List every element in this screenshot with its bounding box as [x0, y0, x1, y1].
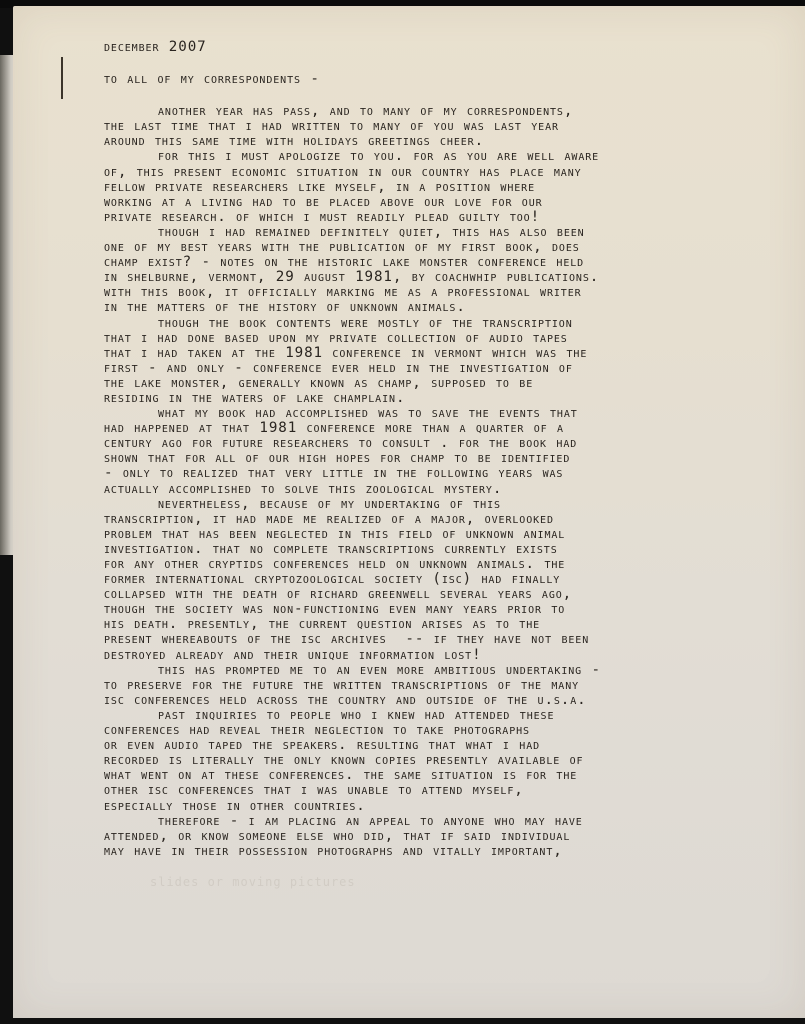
text-line: conferences had reveal their neglection … — [104, 723, 744, 738]
bleed-through-text: slides or moving pictures — [150, 875, 356, 889]
text-line: his death. Presently, the current questi… — [104, 617, 744, 632]
text-line: had happened at that 1981 conference mor… — [104, 421, 744, 436]
margin-pencil-mark — [61, 57, 63, 99]
letter-date: December 2007 — [104, 40, 744, 55]
text-line: Nevertheless, because of my undertaking … — [104, 497, 744, 512]
text-line: This has prompted me to an even more amb… — [104, 663, 744, 678]
text-line: first - and only - conference ever held … — [104, 361, 744, 376]
text-line: transcription, it had made me realized o… — [104, 512, 744, 527]
text-line: present whereabouts of the ISC archives … — [104, 632, 744, 647]
text-line: may have in their possession photographs… — [104, 844, 744, 859]
text-line: shown that for all of our high hopes for… — [104, 451, 744, 466]
text-line: what went on at these conferences. The s… — [104, 768, 744, 783]
text-line: the lake monster, generally known as Cha… — [104, 376, 744, 391]
text-line: century ago for future researchers to co… — [104, 436, 744, 451]
text-line: Past inquiries to people who I knew had … — [104, 708, 744, 723]
text-line: Though I had remained definitely quiet, … — [104, 225, 744, 240]
text-line: other ISC conferences that I was unable … — [104, 783, 744, 798]
text-line: actually accomplished to solve this zool… — [104, 482, 744, 497]
text-line: destroyed already and their unique infor… — [104, 648, 744, 663]
text-line: ISC conferences held across the country … — [104, 693, 744, 708]
text-line: fellow private researchers like myself, … — [104, 180, 744, 195]
text-line: working at a living had to be placed abo… — [104, 195, 744, 210]
text-line: the last time that I had written to many… — [104, 119, 744, 134]
text-line: problem that has been neglected in this … — [104, 527, 744, 542]
text-line: With this book, it officially marking me… — [104, 285, 744, 300]
letter-salutation: To All Of My Correspondents - — [104, 72, 744, 87]
text-line: though the society was non-functioning e… — [104, 602, 744, 617]
text-line: Though the book contents were mostly of … — [104, 316, 744, 331]
text-line: around this same time with Holidays Gree… — [104, 134, 744, 149]
text-line: former International Cryptozoological So… — [104, 572, 744, 587]
text-line: CHAMP EXIST? - Notes on the historic Lak… — [104, 255, 744, 270]
text-line: For this I must apologize to you. For as… — [104, 149, 744, 164]
text-line: Another year has pass, and to many of my… — [104, 104, 744, 119]
text-line: recorded is literally the only known cop… — [104, 753, 744, 768]
text-line: private research. Of which I must readil… — [104, 210, 744, 225]
text-line: especially those in other countries. — [104, 799, 744, 814]
text-line: in the matters of the history of unknown… — [104, 300, 744, 315]
letter-text: Another year has pass, and to many of my… — [104, 104, 744, 859]
text-line: to preserve for the future the written t… — [104, 678, 744, 693]
text-line: in Shelburne, Vermont, 29 August 1981, b… — [104, 270, 744, 285]
text-line: one of my best years with the publicatio… — [104, 240, 744, 255]
text-line: of, this present economic situation in o… — [104, 165, 744, 180]
text-line: attended, or know SOMEONE else who did, … — [104, 829, 744, 844]
text-line: that I had taken at the 1981 conference … — [104, 346, 744, 361]
letter-body: December 2007 To All Of My Correspondent… — [104, 40, 744, 859]
text-line: collapsed with the death of Richard Gree… — [104, 587, 744, 602]
text-line: or even audio taped the speakers. Result… — [104, 738, 744, 753]
text-line: for any other cryptids conferences held … — [104, 557, 744, 572]
text-line: - only to realized that very little in t… — [104, 466, 744, 481]
text-line: investigation. That no complete transcri… — [104, 542, 744, 557]
text-line: What my book had accomplished was to sav… — [104, 406, 744, 421]
text-line: that I had done based upon my private co… — [104, 331, 744, 346]
text-line: Therefore - I am placing an appeal to AN… — [104, 814, 744, 829]
text-line: residing in the waters of Lake Champlain… — [104, 391, 744, 406]
